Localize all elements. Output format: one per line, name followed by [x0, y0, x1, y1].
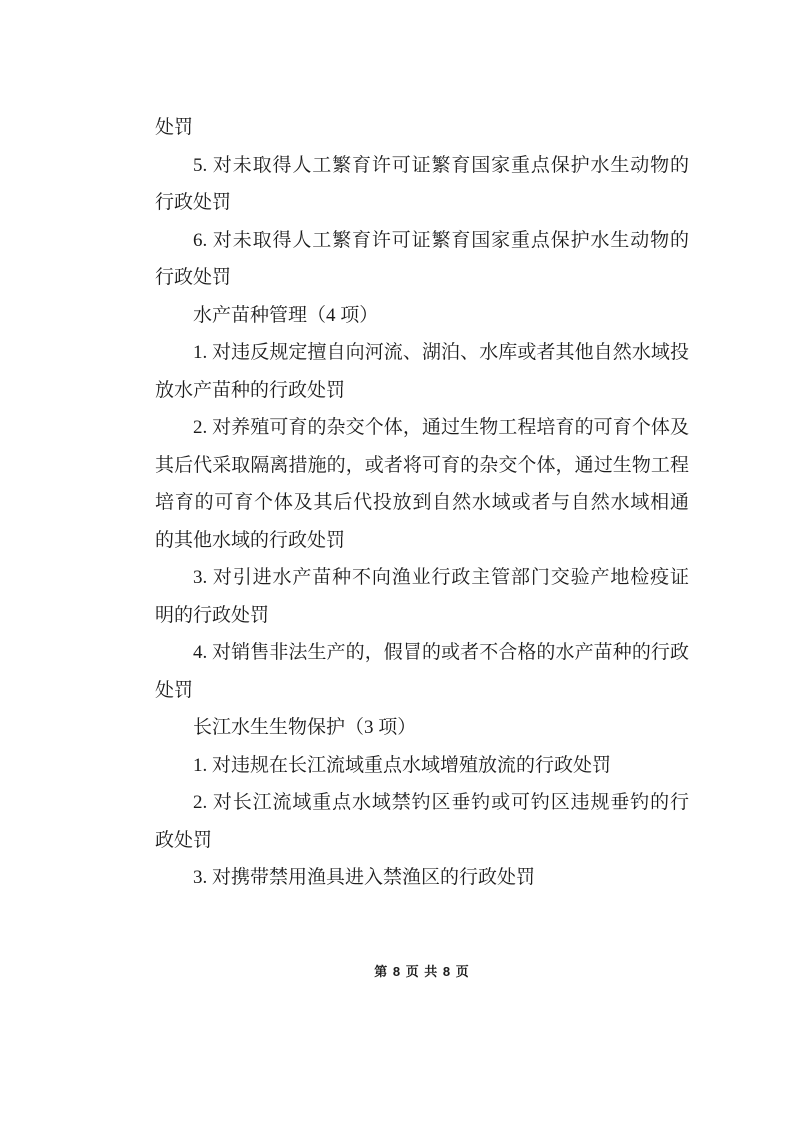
text-line: 行政处罚	[155, 259, 689, 297]
text-line: 2. 对长江流域重点水域禁钓区垂钓或可钓区违规垂钓的行	[155, 784, 689, 822]
page-number: 第 8 页 共 8 页	[374, 964, 470, 979]
text-line: 水产苗种管理（4 项）	[155, 297, 689, 335]
text-line: 政处罚	[155, 822, 689, 860]
text-line: 2. 对养殖可育的杂交个体，通过生物工程培育的可育个体及	[155, 409, 689, 447]
text-line: 4. 对销售非法生产的，假冒的或者不合格的水产苗种的行政	[155, 634, 689, 672]
text-line: 长江水生生物保护（3 项）	[155, 709, 689, 747]
text-line: 处罚	[155, 109, 689, 147]
text-line: 放水产苗种的行政处罚	[155, 372, 689, 410]
text-line: 培育的可育个体及其后代投放到自然水域或者与自然水域相通	[155, 484, 689, 522]
text-line: 5. 对未取得人工繁育许可证繁育国家重点保护水生动物的	[155, 147, 689, 185]
text-line: 1. 对违反规定擅自向河流、湖泊、水库或者其他自然水域投	[155, 334, 689, 372]
text-line: 3. 对携带禁用渔具进入禁渔区的行政处罚	[155, 859, 689, 897]
text-line: 1. 对违规在长江流域重点水域增殖放流的行政处罚	[155, 747, 689, 785]
text-line: 处罚	[155, 672, 689, 710]
text-line: 3. 对引进水产苗种不向渔业行政主管部门交验产地检疫证	[155, 559, 689, 597]
document-body: 处罚5. 对未取得人工繁育许可证繁育国家重点保护水生动物的行政处罚6. 对未取得…	[155, 109, 689, 897]
page-footer: 第 8 页 共 8 页	[155, 963, 689, 981]
text-line: 明的行政处罚	[155, 597, 689, 635]
text-line: 行政处罚	[155, 184, 689, 222]
text-line: 6. 对未取得人工繁育许可证繁育国家重点保护水生动物的	[155, 222, 689, 260]
document-page: 处罚5. 对未取得人工繁育许可证繁育国家重点保护水生动物的行政处罚6. 对未取得…	[0, 0, 793, 1122]
text-line: 的其他水域的行政处罚	[155, 522, 689, 560]
text-line: 其后代采取隔离措施的，或者将可育的杂交个体，通过生物工程	[155, 447, 689, 485]
